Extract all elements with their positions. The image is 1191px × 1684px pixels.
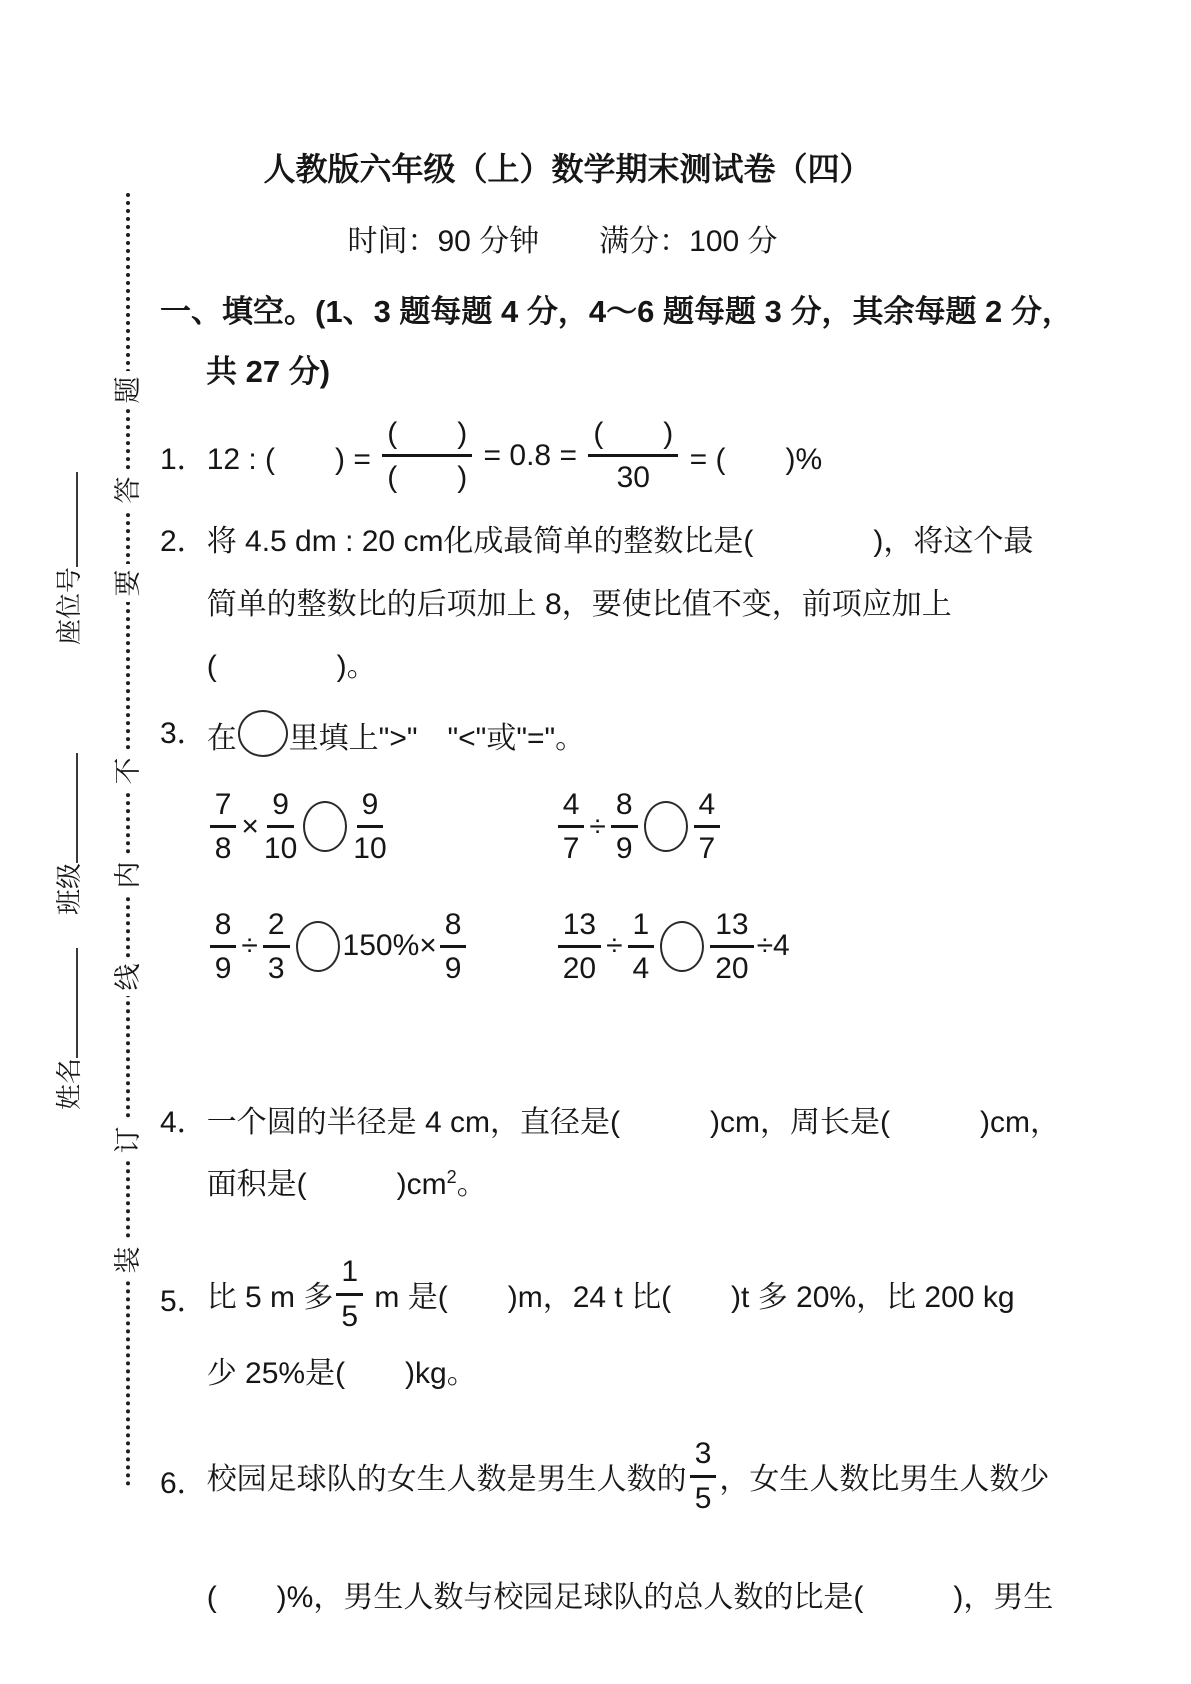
class-field: 班级 (52, 753, 86, 915)
q3-expression-2: 47 ÷ 89 47 (555, 787, 724, 867)
squared-superscript: 2 (447, 1167, 457, 1187)
fraction: 47 (694, 787, 721, 867)
question-4: 4． 一个圆的半径是 4 cm，直径是( )cm，周长是( )cm， 面积是( … (160, 1092, 1065, 1216)
binding-char: 答 (109, 471, 147, 509)
q3-e4-tail: ÷4 (757, 929, 790, 963)
q2-line2: 简单的整数比的后项加上 8，要使比值不变，前项应加上 (207, 574, 1065, 636)
fraction-numerator: 13 (558, 907, 601, 948)
question-3: 3． 在里填上">" "<"或"="。 78 × 910 910 47 ÷ (160, 710, 1065, 987)
fraction: 910 (353, 787, 386, 867)
fraction: 89 (440, 907, 467, 987)
q6-line1: 校园足球队的女生人数是男生人数的 35 ，女生人数比男生人数少 (207, 1436, 1065, 1516)
seat-number-field: 座位号 (52, 472, 86, 645)
fraction-denominator: 9 (215, 948, 232, 986)
comparison-circle (660, 921, 704, 972)
fraction-numerator: 8 (440, 907, 467, 948)
comparison-circle (644, 801, 688, 852)
q4-line1: 一个圆的半径是 4 cm，直径是( )cm，周长是( )cm， (207, 1092, 1065, 1154)
q3-expression-4: 1320 ÷ 14 1320 ÷4 (555, 907, 790, 987)
fraction-denominator: 5 (341, 1296, 358, 1334)
q6-text: ，女生人数比男生人数少 (719, 1454, 1049, 1498)
binding-char: 题 (109, 371, 147, 409)
binding-char: 要 (109, 564, 147, 602)
fraction: 89 (611, 787, 638, 867)
q4-line2-text: 面积是( )cm (207, 1168, 447, 1201)
fraction-numerator: 3 (690, 1436, 717, 1477)
binding-char: 内 (109, 856, 147, 894)
q1-text: 12 : ( ) = (207, 434, 380, 478)
q5-line2: 少 25%是( )kg。 (207, 1348, 1065, 1392)
binding-char: 装 (109, 1241, 147, 1279)
fraction-numerator: 8 (611, 787, 638, 828)
question-1: 1． 12 : ( ) = ( ) ( ) = 0.8 = ( ) 30 = (… (160, 416, 1065, 496)
question-3-number: 3． (160, 710, 207, 758)
q2-line3: ( )。 (207, 636, 1065, 698)
section-1-heading-line1: 一、填空。(1、3 题每题 4 分，4～6 题每题 3 分，其余每题 2 分， (160, 282, 1065, 342)
fraction-numerator: 13 (710, 907, 753, 948)
question-5-number: 5． (160, 1254, 207, 1320)
fraction-numerator: ( ) (382, 416, 472, 457)
question-2-number: 2． (160, 511, 207, 573)
comparison-circle (303, 801, 347, 852)
class-blank-line (70, 753, 78, 863)
binding-char: 线 (109, 958, 147, 996)
fraction-denominator: 30 (617, 457, 650, 495)
q5-text: m 是( )m，24 t 比( )t 多 20%，比 200 kg (366, 1272, 1014, 1316)
fraction-numerator: ( ) (588, 416, 678, 457)
fraction: 47 (558, 787, 585, 867)
fraction-denominator: 9 (445, 948, 462, 986)
fraction-numerator: 4 (694, 787, 721, 828)
question-1-number: 1． (160, 434, 207, 478)
binding-char: 订 (109, 1121, 147, 1159)
comparison-circle (296, 921, 340, 972)
fraction: ( ) ( ) (382, 416, 472, 496)
q3-e3-mid: 150%× (343, 929, 437, 963)
q2-line1: 将 4.5 dm : 20 cm化成最简单的整数比是( )，将这个最 (207, 511, 1065, 573)
question-6: 6． 校园足球队的女生人数是男生人数的 35 ，女生人数比男生人数少 ( )%，… (160, 1436, 1065, 1616)
question-4-number: 4． (160, 1092, 207, 1154)
fraction-numerator: 9 (267, 787, 294, 828)
fraction-denominator: 20 (563, 948, 596, 986)
q3-expression-row-2: 89 ÷ 23 150%× 89 1320 ÷ 14 1320 ÷4 (207, 907, 1065, 987)
name-label: 姓名 (54, 1058, 84, 1110)
fraction-numerator: 8 (210, 907, 237, 948)
seat-number-label: 座位号 (54, 567, 84, 645)
fraction-denominator: 5 (695, 1478, 712, 1516)
operator: ÷ (606, 929, 622, 963)
exam-page: 题 答 要 不 内 线 订 装 姓名 班级 座位号 人教版六年级（上）数学期末测… (0, 0, 1191, 1684)
q5-line1: 比 5 m 多 15 m 是( )m，24 t 比( )t 多 20%，比 20… (207, 1254, 1065, 1334)
fraction-numerator: 2 (263, 907, 290, 948)
q1-equation: 12 : ( ) = ( ) ( ) = 0.8 = ( ) 30 = ( )% (207, 416, 1065, 496)
fraction: 89 (210, 907, 237, 987)
fraction: 14 (628, 907, 655, 987)
fraction-numerator: 7 (210, 787, 237, 828)
q1-text: = ( )% (681, 434, 822, 478)
fraction-denominator: 9 (616, 828, 633, 866)
section-1-heading: 一、填空。(1、3 题每题 4 分，4～6 题每题 3 分，其余每题 2 分， … (160, 282, 1065, 402)
question-6-number: 6． (160, 1436, 207, 1502)
fraction-denominator: 8 (215, 828, 232, 866)
q3-heading-post: 里填上">" "<"或"="。 (289, 722, 585, 755)
fraction-numerator: 1 (336, 1254, 363, 1295)
fraction-denominator: 7 (699, 828, 716, 866)
q3-heading-pre: 在 (207, 722, 237, 755)
comparison-circle (238, 710, 288, 757)
q6-line2: ( )%，男生人数与校园足球队的总人数的比是( )，男生 (207, 1572, 1065, 1616)
q3-expression-1: 78 × 910 910 (207, 787, 555, 867)
fraction-denominator: ( ) (387, 457, 467, 495)
fraction: 910 (264, 787, 297, 867)
q1-text: = 0.8 = (475, 439, 585, 473)
fraction: 15 (336, 1254, 363, 1334)
question-5: 5． 比 5 m 多 15 m 是( )m，24 t 比( )t 多 20%，比… (160, 1254, 1065, 1392)
fraction: 23 (263, 907, 290, 987)
fraction: 1320 (558, 907, 601, 987)
fraction-denominator: 10 (353, 828, 386, 866)
operator: ÷ (241, 929, 257, 963)
q6-text: 校园足球队的女生人数是男生人数的 (207, 1454, 687, 1498)
q5-text: 比 5 m 多 (207, 1272, 334, 1316)
exam-content: 人教版六年级（上）数学期末测试卷（四） 时间：90 分钟 满分：100 分 一、… (160, 128, 1065, 1616)
name-field: 姓名 (52, 948, 86, 1110)
binding-char: 不 (109, 752, 147, 790)
q3-expression-row-1: 78 × 910 910 47 ÷ 89 47 (207, 787, 1065, 867)
fraction-numerator: 1 (628, 907, 655, 948)
q3-expression-3: 89 ÷ 23 150%× 89 (207, 907, 555, 987)
fraction-denominator: 7 (563, 828, 580, 866)
fraction-denominator: 4 (633, 948, 650, 986)
q4-line2-end: 。 (457, 1168, 487, 1201)
operator: × (241, 810, 259, 844)
exam-meta: 时间：90 分钟 满分：100 分 (160, 216, 1065, 260)
fraction: 1320 (710, 907, 753, 987)
fraction-numerator: 4 (558, 787, 585, 828)
fraction-numerator: 9 (357, 787, 384, 828)
fraction-denominator: 10 (264, 828, 297, 866)
name-blank-line (70, 948, 78, 1058)
seat-number-blank-line (70, 472, 78, 567)
q4-line2: 面积是( )cm2。 (207, 1154, 1065, 1216)
fraction: 35 (690, 1436, 717, 1516)
section-1-heading-line2: 共 27 分) (160, 342, 1065, 402)
fraction-denominator: 3 (268, 948, 285, 986)
fraction: 78 (210, 787, 237, 867)
fraction-denominator: 20 (715, 948, 748, 986)
class-label: 班级 (54, 863, 84, 915)
fraction: ( ) 30 (588, 416, 678, 496)
question-2: 2． 将 4.5 dm : 20 cm化成最简单的整数比是( )，将这个最 简单… (160, 511, 1065, 697)
operator: ÷ (589, 810, 605, 844)
q3-heading: 在里填上">" "<"或"="。 (207, 710, 1065, 763)
exam-title: 人教版六年级（上）数学期末测试卷（四） (160, 128, 1065, 190)
